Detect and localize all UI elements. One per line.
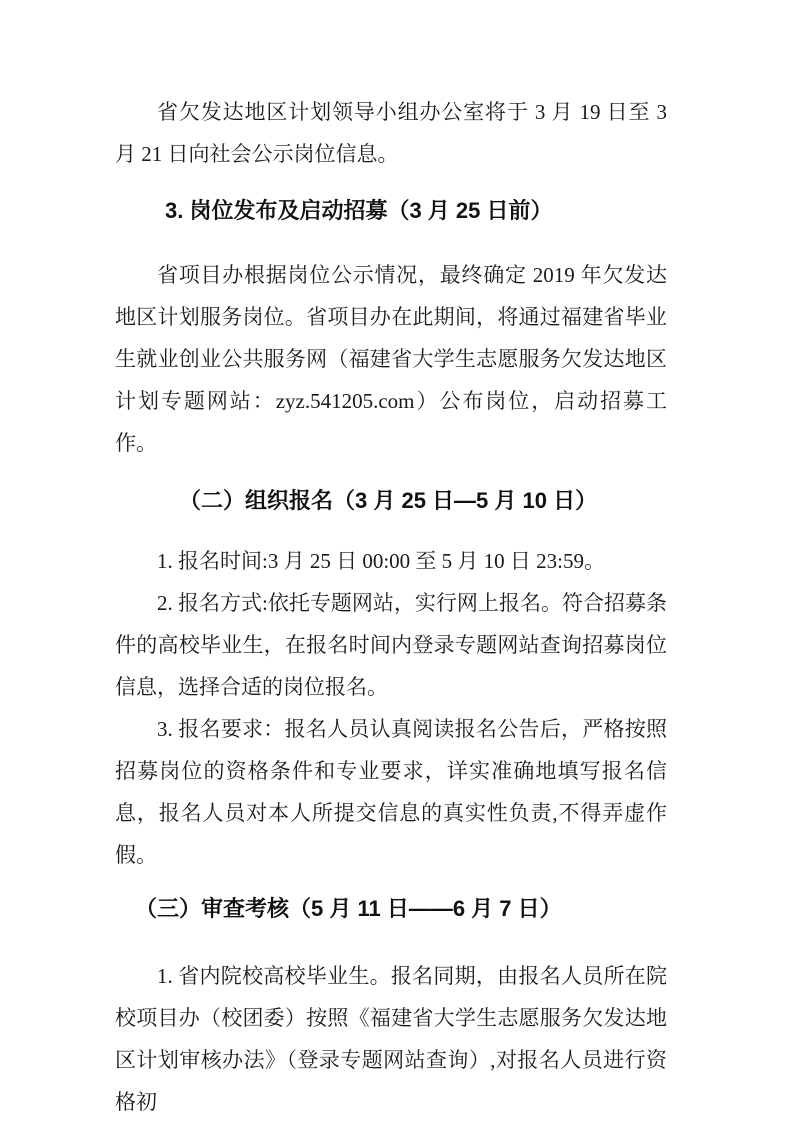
list-item-signup-requirement: 3. 报名要求：报名人员认真阅读报名公告后，严格按照招募岗位的资格条件和专业要求… xyxy=(115,708,667,876)
list-item-signup-method: 2. 报名方式:依托专题网站，实行网上报名。符合招募条件的高校毕业生，在报名时间… xyxy=(115,582,667,708)
list-item-signup-time: 1. 报名时间:3 月 25 日 00:00 至 5 月 10 日 23:59。 xyxy=(115,540,667,582)
paragraph-review-in-province: 1. 省内院校高校毕业生。报名同期，由报名人员所在院校项目办（校团委）按照《福建… xyxy=(115,955,667,1122)
heading-job-release-and-recruit-start: 3. 岗位发布及启动招募（3 月 25 日前） xyxy=(115,190,667,232)
paragraph-job-release-detail: 省项目办根据岗位公示情况，最终确定 2019 年欠发达地区计划服务岗位。省项目办… xyxy=(115,254,667,464)
heading-section-2-organize-signup: （二）组织报名（3 月 25 日—5 月 10 日） xyxy=(115,480,667,522)
document-page: 省欠发达地区计划领导小组办公室将于 3 月 19 日至 3 月 21 日向社会公… xyxy=(0,0,793,1122)
heading-section-3-review-assess: （三）审查考核（5 月 11 日——6 月 7 日） xyxy=(115,888,667,930)
paragraph-public-notice: 省欠发达地区计划领导小组办公室将于 3 月 19 日至 3 月 21 日向社会公… xyxy=(115,91,667,175)
